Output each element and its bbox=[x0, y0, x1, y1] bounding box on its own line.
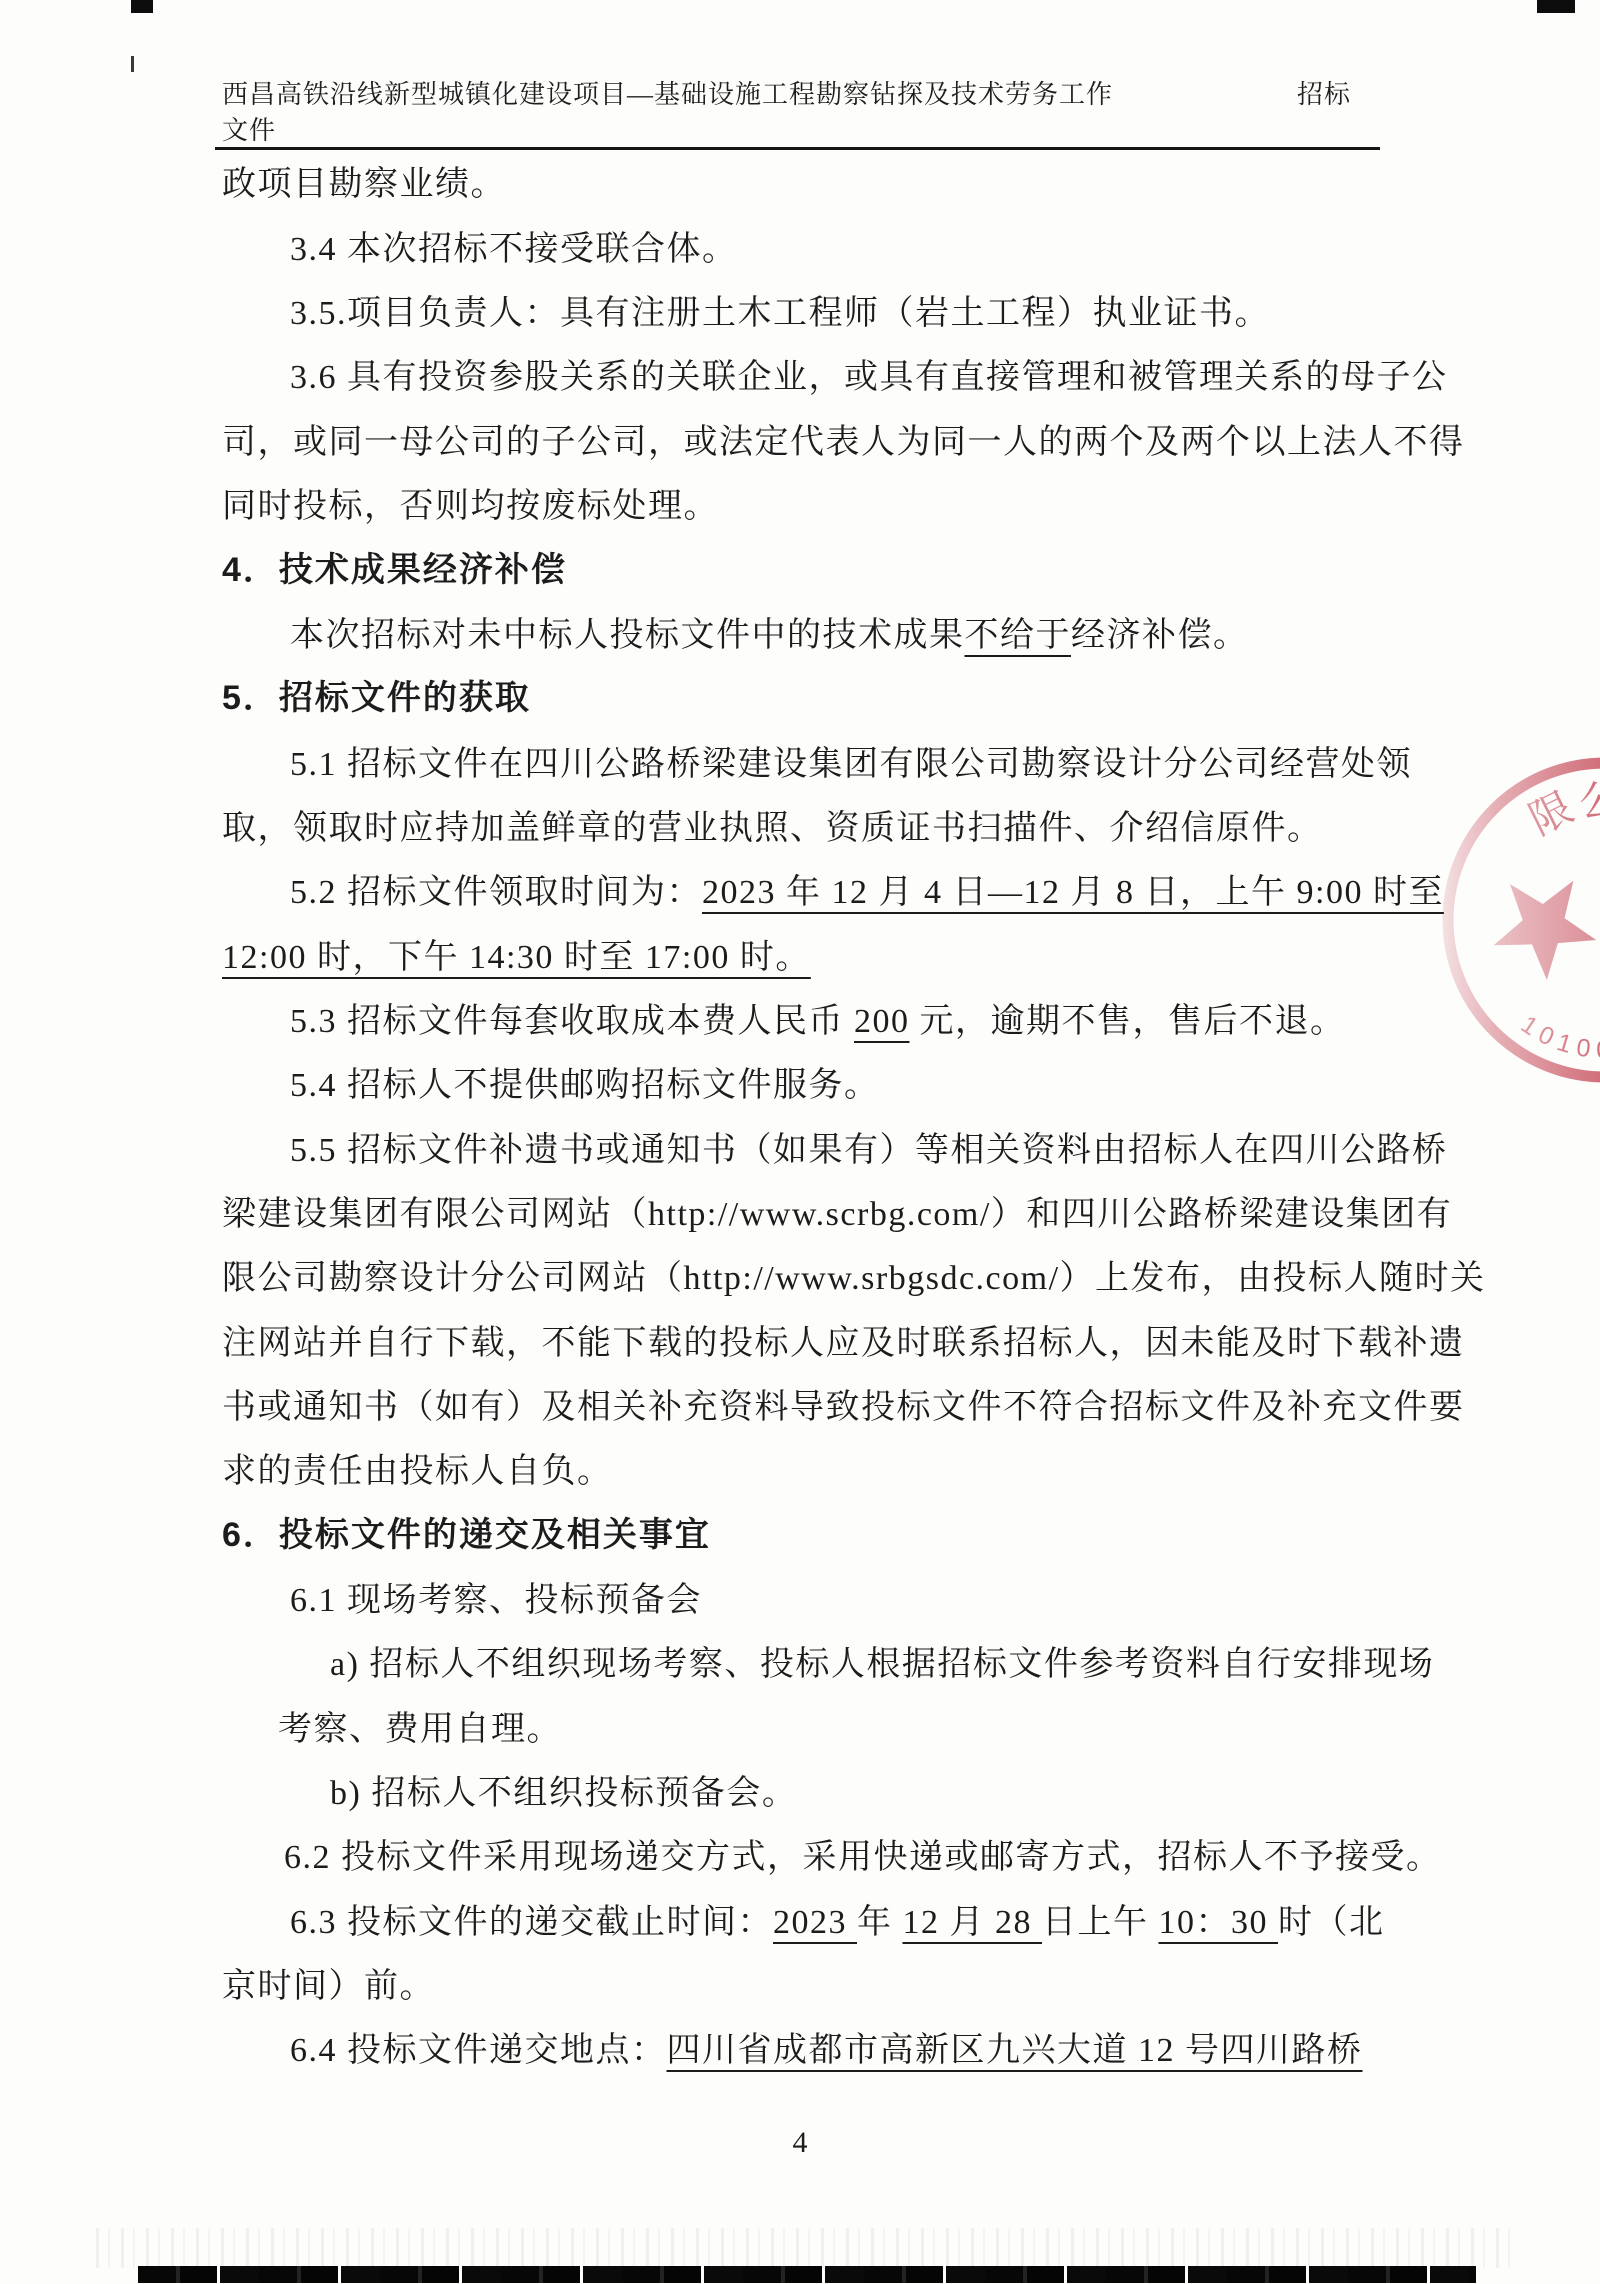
underlined-text: 2023 年 12 月 4 日—12 月 8 日，上午 9:00 时至 bbox=[702, 874, 1444, 911]
text-segment: 5.5 招标文件补遗书或通知书（如果有）等相关资料由招标人在四川公路桥 bbox=[290, 1132, 1448, 1169]
text-segment: 求的责任由投标人自负。 bbox=[222, 1453, 613, 1490]
document-page: 西昌高铁沿线新型城镇化建设项目—基础设施工程勘察钻探及技术劳务工作 招标 文件 … bbox=[0, 0, 1600, 2284]
text-segment: 考察、费用自理。 bbox=[278, 1711, 562, 1748]
text-segment: 6.4 投标文件递交地点： bbox=[290, 2032, 667, 2069]
text-segment: 时（北 bbox=[1278, 1904, 1385, 1941]
text-segment: 3.4 本次招标不接受联合体。 bbox=[290, 231, 738, 268]
underlined-text: 2023 bbox=[773, 1904, 857, 1941]
scan-artifact-left-tick bbox=[131, 56, 134, 72]
underlined-text: 200 bbox=[854, 1003, 910, 1040]
text-segment: 经济补偿。 bbox=[1071, 617, 1249, 654]
text-line: 考察、费用自理。 bbox=[278, 1708, 562, 1752]
header-title-line2: 文件 bbox=[222, 114, 276, 148]
text-segment: 注网站并自行下载，不能下载的投标人应及时联系招标人，因未能及时下载补遗 bbox=[222, 1325, 1465, 1362]
text-segment: 取，领取时应持加盖鲜章的营业执照、资质证书扫描件、介绍信原件。 bbox=[222, 810, 1323, 847]
scan-artifact-bottom-bar bbox=[138, 2266, 1476, 2283]
scan-noise-band bbox=[96, 2228, 1516, 2268]
scan-artifact-top-right bbox=[1537, 0, 1575, 13]
underlined-text: 12:00 时，下午 14:30 时至 17:00 时。 bbox=[222, 939, 811, 976]
text-segment: 6．投标文件的递交及相关事宜 bbox=[222, 1516, 711, 1554]
text-line: 5．招标文件的获取 bbox=[222, 676, 531, 720]
text-line: 5.5 招标文件补遗书或通知书（如果有）等相关资料由招标人在四川公路桥 bbox=[290, 1129, 1448, 1173]
underlined-text: 12 月 28 bbox=[903, 1904, 1043, 1941]
text-line: 政项目勘察业绩。 bbox=[222, 163, 506, 207]
text-segment: 5.2 招标文件领取时间为： bbox=[290, 874, 702, 911]
header-title-line1: 西昌高铁沿线新型城镇化建设项目—基础设施工程勘察钻探及技术劳务工作 bbox=[222, 78, 1113, 112]
seal-arc-text: 限公司勘 bbox=[1412, 650, 1600, 844]
page-number: 4 bbox=[0, 2126, 1600, 2160]
company-seal-stamp: 限公司勘 101008 bbox=[1412, 650, 1600, 1190]
text-segment: 3.5.项目负责人：具有注册土木工程师（岩土工程）执业证书。 bbox=[290, 295, 1270, 332]
text-line: b) 招标人不组织投标预备会。 bbox=[330, 1772, 797, 1816]
scan-artifact-top-left bbox=[131, 0, 153, 13]
text-line: 同时投标，否则均按废标处理。 bbox=[222, 485, 719, 529]
text-segment: b) 招标人不组织投标预备会。 bbox=[330, 1775, 797, 1812]
underlined-text: 四川省成都市高新区九兴大道 12 号四川路桥 bbox=[667, 2032, 1363, 2069]
text-segment: 京时间）前。 bbox=[222, 1968, 435, 2005]
text-line: a) 招标人不组织现场考察、投标人根据招标文件参考资料自行安排现场 bbox=[330, 1643, 1434, 1687]
text-line: 5.4 招标人不提供邮购招标文件服务。 bbox=[290, 1064, 880, 1108]
text-segment: 日上午 bbox=[1042, 1904, 1159, 1941]
text-line: 4．技术成果经济补偿 bbox=[222, 548, 567, 592]
text-line: 6.1 现场考察、投标预备会 bbox=[290, 1579, 702, 1623]
header-rule bbox=[215, 147, 1380, 150]
text-segment: 限公司勘察设计分公司网站（http://www.srbgsdc.com/）上发布… bbox=[222, 1260, 1486, 1297]
text-segment: 本次招标对未中标人投标文件中的技术成果 bbox=[290, 617, 965, 654]
text-line: 6.3 投标文件的递交截止时间：2023 年 12 月 28 日上午 10：30… bbox=[290, 1901, 1385, 1945]
text-line: 3.5.项目负责人：具有注册土木工程师（岩土工程）执业证书。 bbox=[290, 292, 1270, 336]
text-segment: 司，或同一母公司的子公司，或法定代表人为同一人的两个及两个以上法人不得 bbox=[222, 424, 1465, 461]
text-line: 书或通知书（如有）及相关补充资料导致投标文件不符合招标文件及补充文件要 bbox=[222, 1386, 1465, 1430]
text-line: 京时间）前。 bbox=[222, 1965, 435, 2009]
text-segment: 6.1 现场考察、投标预备会 bbox=[290, 1582, 702, 1619]
text-line: 求的责任由投标人自负。 bbox=[222, 1450, 613, 1494]
text-segment: 同时投标，否则均按废标处理。 bbox=[222, 488, 719, 525]
text-line: 5.2 招标文件领取时间为：2023 年 12 月 4 日—12 月 8 日，上… bbox=[290, 871, 1444, 915]
underlined-text: 不给于 bbox=[965, 617, 1072, 654]
text-segment: 3.6 具有投资参股关系的关联企业，或具有直接管理和被管理关系的母子公 bbox=[290, 359, 1448, 396]
text-segment: 年 bbox=[857, 1904, 903, 1941]
text-line: 限公司勘察设计分公司网站（http://www.srbgsdc.com/）上发布… bbox=[222, 1257, 1486, 1301]
text-segment: 5.1 招标文件在四川公路桥梁建设集团有限公司勘察设计分公司经营处领 bbox=[290, 746, 1412, 783]
text-line: 3.6 具有投资参股关系的关联企业，或具有直接管理和被管理关系的母子公 bbox=[290, 356, 1448, 400]
text-line: 6.4 投标文件递交地点：四川省成都市高新区九兴大道 12 号四川路桥 bbox=[290, 2029, 1363, 2073]
text-line: 本次招标对未中标人投标文件中的技术成果不给于经济补偿。 bbox=[290, 614, 1249, 658]
text-segment: 元，逾期不售，售后不退。 bbox=[910, 1003, 1346, 1040]
text-line: 6.2 投标文件采用现场递交方式，采用快递或邮寄方式，招标人不予接受。 bbox=[284, 1836, 1442, 1880]
text-line: 司，或同一母公司的子公司，或法定代表人为同一人的两个及两个以上法人不得 bbox=[222, 421, 1465, 465]
text-segment: 书或通知书（如有）及相关补充资料导致投标文件不符合招标文件及补充文件要 bbox=[222, 1389, 1465, 1426]
text-segment: 6.3 投标文件的递交截止时间： bbox=[290, 1904, 773, 1941]
text-segment: a) 招标人不组织现场考察、投标人根据招标文件参考资料自行安排现场 bbox=[330, 1646, 1434, 1683]
text-line: 梁建设集团有限公司网站（http://www.scrbg.com/）和四川公路桥… bbox=[222, 1193, 1452, 1237]
text-segment: 5.4 招标人不提供邮购招标文件服务。 bbox=[290, 1067, 880, 1104]
underlined-text: 10：30 bbox=[1159, 1904, 1279, 1941]
text-line: 6．投标文件的递交及相关事宜 bbox=[222, 1513, 711, 1557]
text-segment: 政项目勘察业绩。 bbox=[222, 166, 506, 203]
text-line: 取，领取时应持加盖鲜章的营业执照、资质证书扫描件、介绍信原件。 bbox=[222, 807, 1323, 851]
text-segment: 6.2 投标文件采用现场递交方式，采用快递或邮寄方式，招标人不予接受。 bbox=[284, 1839, 1442, 1876]
text-line: 5.3 招标文件每套收取成本费人民币 200 元，逾期不售，售后不退。 bbox=[290, 1000, 1346, 1044]
text-segment: 4．技术成果经济补偿 bbox=[222, 551, 567, 589]
text-segment: 梁建设集团有限公司网站（http://www.scrbg.com/）和四川公路桥… bbox=[222, 1196, 1452, 1233]
text-line: 12:00 时，下午 14:30 时至 17:00 时。 bbox=[222, 936, 811, 980]
seal-star-icon bbox=[1488, 865, 1600, 990]
text-line: 注网站并自行下载，不能下载的投标人应及时联系招标人，因未能及时下载补遗 bbox=[222, 1322, 1465, 1366]
text-line: 3.4 本次招标不接受联合体。 bbox=[290, 228, 738, 272]
text-segment: 5．招标文件的获取 bbox=[222, 679, 531, 717]
text-segment: 5.3 招标文件每套收取成本费人民币 bbox=[290, 1003, 854, 1040]
text-line: 5.1 招标文件在四川公路桥梁建设集团有限公司勘察设计分公司经营处领 bbox=[290, 743, 1412, 787]
header-title-right: 招标 bbox=[1297, 78, 1351, 112]
